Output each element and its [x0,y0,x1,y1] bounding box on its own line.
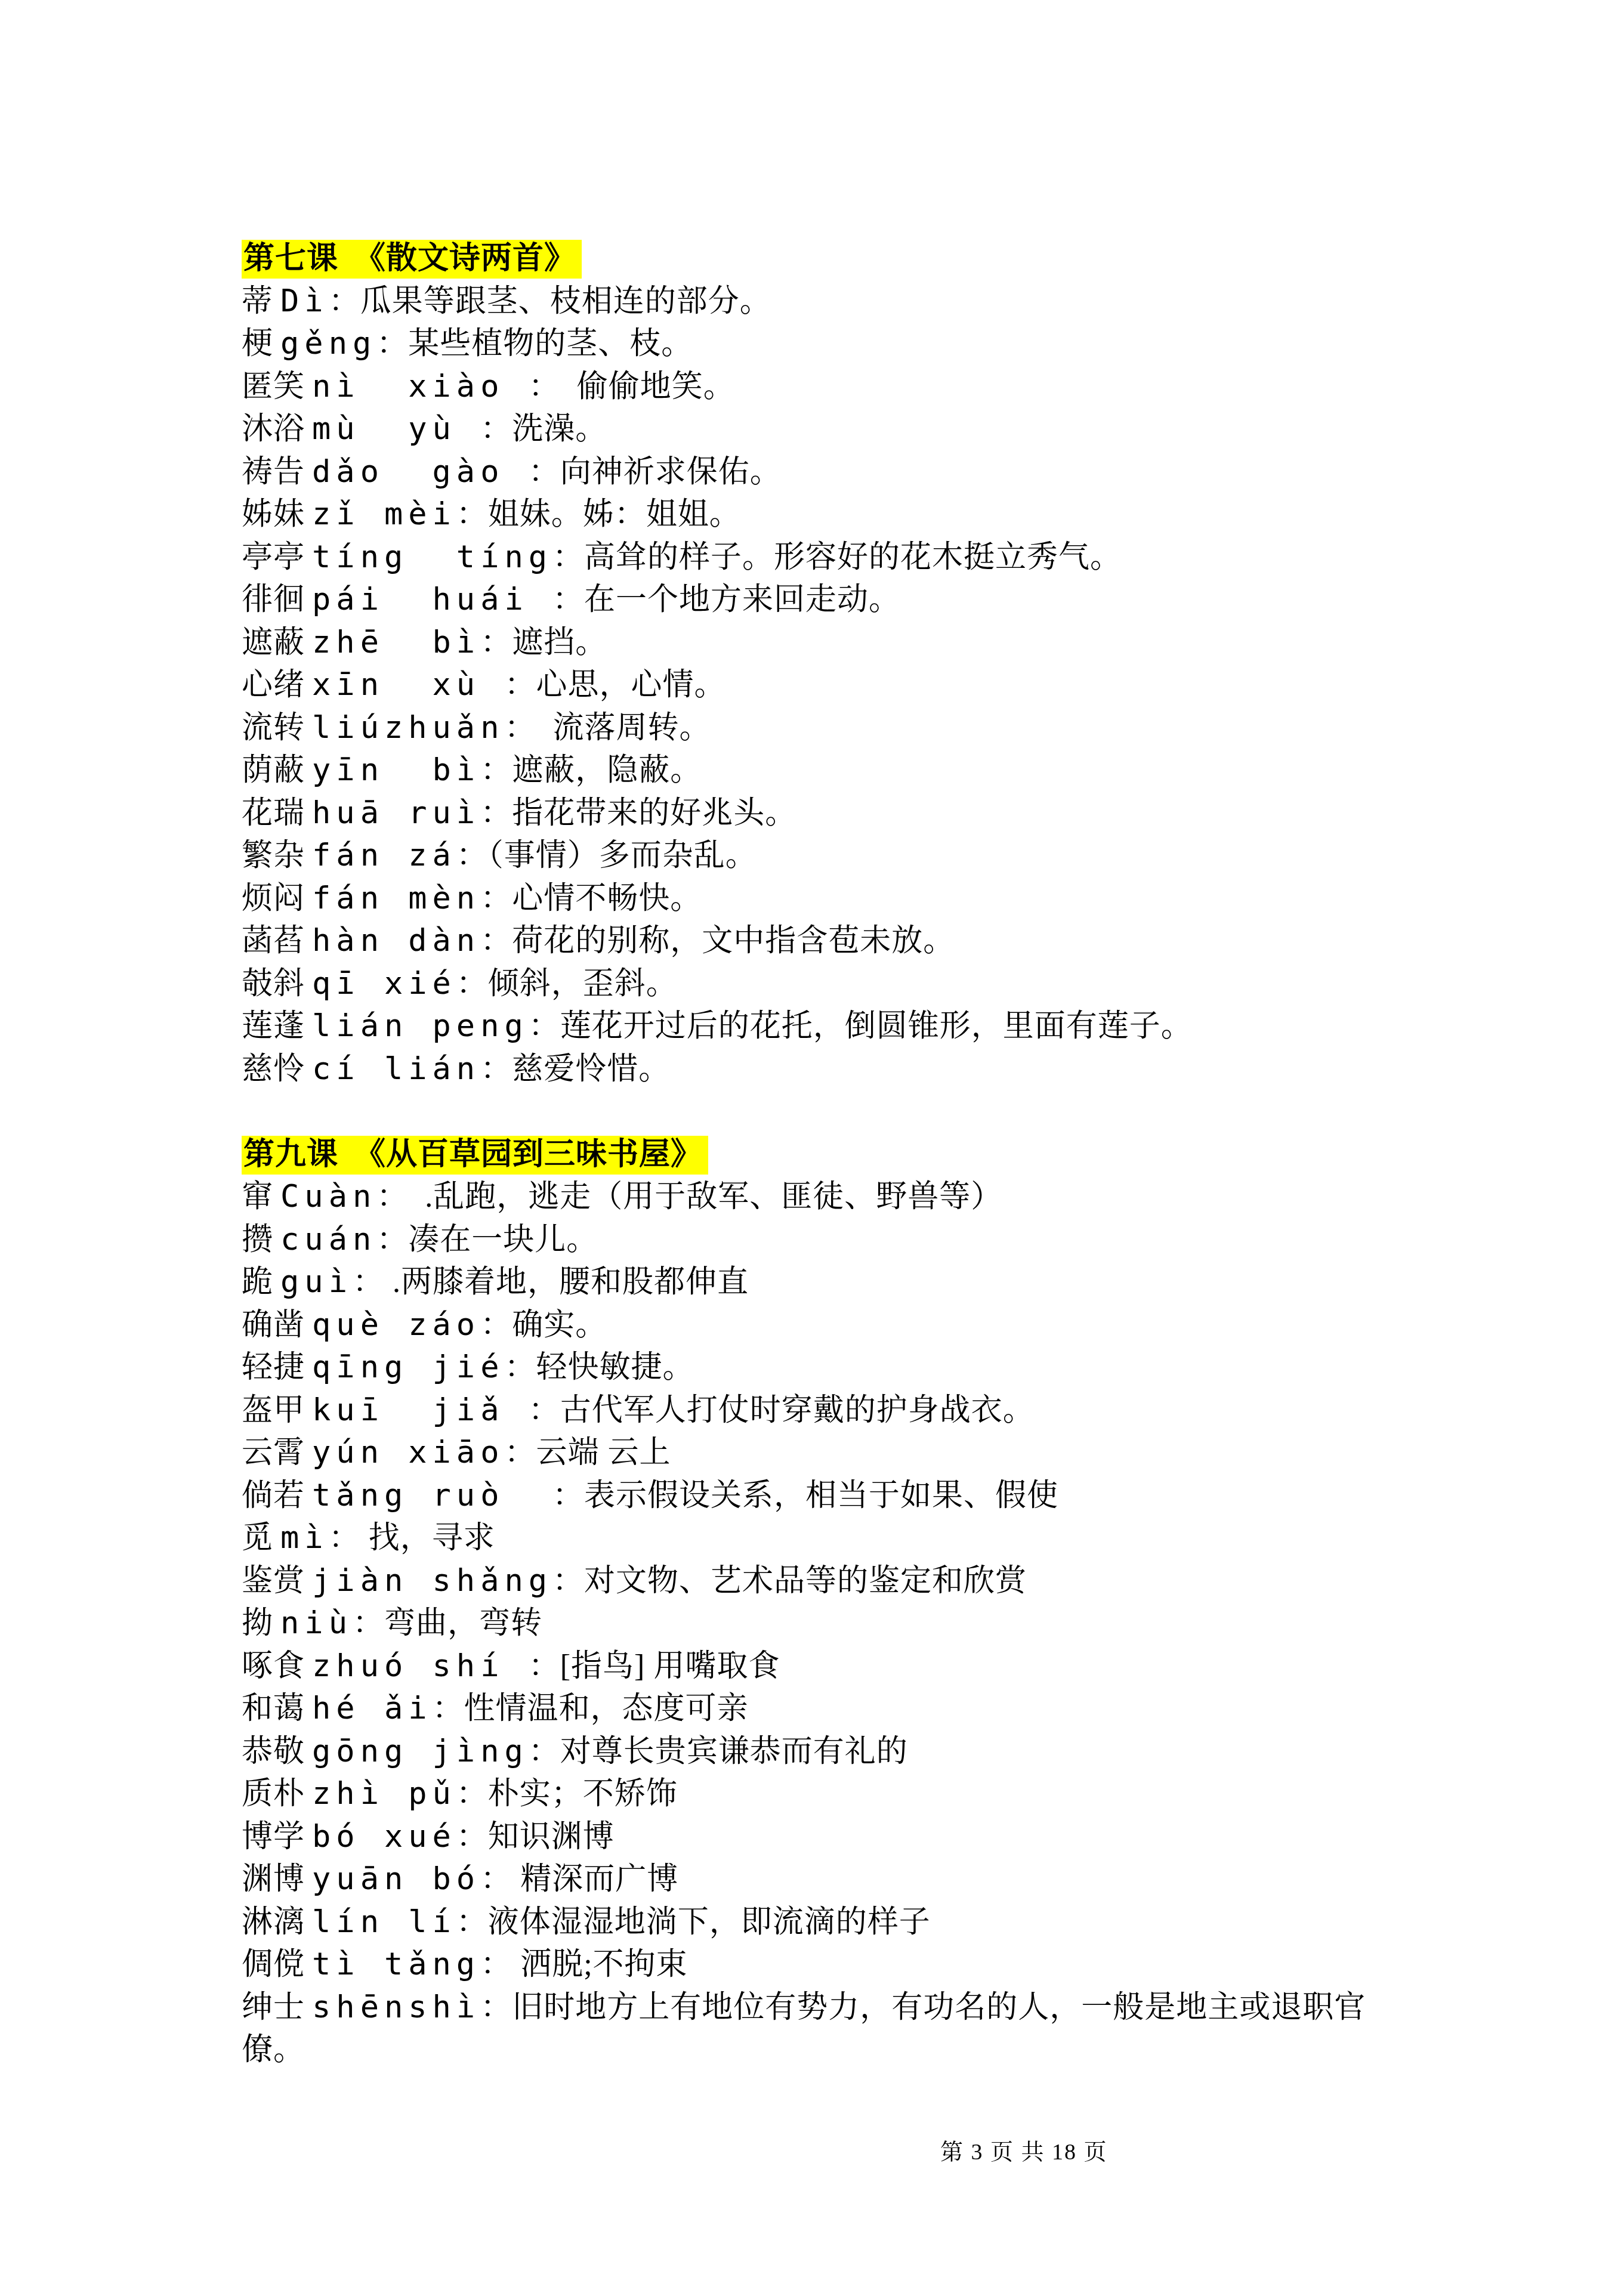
entry-word: 亭亭 [242,540,305,574]
entry-pinyin: yuān bó [312,1861,480,1897]
entry-pinyin: fán zá [312,838,456,873]
entry-definition: ：云端 云上 [504,1436,671,1470]
entry-pinyin: dǎo gào [312,454,529,490]
entry-pinyin: tì tǎng [312,1946,480,1982]
entry-word: 匿笑 [242,370,305,404]
entry-definition: ：莲花开过后的花托，倒圆锥形，里面有莲子。 [529,1009,1193,1043]
entry-line: 梗gěng：某些植物的茎、枝。 [242,323,1393,366]
entry-line: 云霄yún xiāo：云端 云上 [242,1432,1393,1475]
entry-definition: ： 流落周转。 [504,711,711,745]
entry-word: 窜 [242,1180,273,1214]
entry-definition: ：表示假设关系，相当于如果、假使 [552,1479,1058,1513]
document-page: 第七课 《散文诗两首》蒂Dì：瓜果等跟茎、枝相连的部分。梗gěng：某些植物的茎… [0,0,1624,2296]
entry-line: 和蔼hé ǎi：性情温和，态度可亲 [242,1688,1393,1731]
entry-word: 盔甲 [242,1393,305,1427]
entry-definition: ：指花带来的好兆头。 [480,796,796,830]
entry-pinyin: cí lián [312,1051,480,1087]
entry-pinyin: zǐ mèi [312,496,456,532]
entry-word: 花瑞 [242,796,305,830]
entry-definition: ：知识渊博 [456,1820,615,1854]
entry-word: 繁杂 [242,839,305,873]
entry-definition: ：轻快敏捷。 [504,1351,694,1385]
entry-definition: ：倾斜，歪斜。 [456,967,678,1001]
entry-definition: ：心思，心情。 [504,668,725,702]
entry-pinyin: liúzhuǎn [312,710,504,746]
entry-pinyin: tǎng ruò [312,1478,552,1513]
entry-definition: ： 洒脱;不拘束 [480,1948,687,1982]
entry-line: 姊妹zǐ mèi：姐妹。姊：姐姐。 [242,493,1393,536]
entry-line: 流转liúzhuǎn： 流落周转。 [242,707,1393,750]
entry-definition: ： .两膝着地，腰和股都伸直 [353,1265,749,1299]
section-heading-line: 第七课 《散文诗两首》 [242,237,1393,280]
entry-pinyin: huā ruì [312,795,480,831]
entry-line: 质朴zhì pǔ：朴实；不矫饰 [242,1773,1393,1816]
entry-line: 蒂Dì：瓜果等跟茎、枝相连的部分。 [242,280,1393,323]
entry-line: 遮蔽zhē bì：遮挡。 [242,622,1393,665]
entry-line: 轻捷qīng jié：轻快敏捷。 [242,1346,1393,1389]
entry-line: 攲斜qī xié：倾斜，歪斜。 [242,963,1393,1006]
entry-line: 渊博yuān bó： 精深而广博 [242,1858,1393,1901]
entry-line: 淋漓lín lí：液体湿湿地淌下，即流滴的样子 [242,1901,1393,1944]
entry-word: 云霄 [242,1436,305,1470]
entry-word: 流转 [242,711,305,745]
entry-word: 跪 [242,1265,273,1299]
entry-definition: ：姐妹。姊：姐姐。 [456,497,741,531]
entry-pinyin: lín lí [312,1904,456,1940]
entry-pinyin: hàn dàn [312,923,480,959]
entry-line: 跪guì： .两膝着地，腰和股都伸直 [242,1261,1393,1304]
entry-word: 渊博 [242,1862,305,1896]
entry-word: 博学 [242,1820,305,1854]
entry-word: 拗 [242,1606,273,1640]
entry-word: 恭敬 [242,1735,305,1769]
entry-pinyin: mù yù [312,411,480,447]
entry-pinyin: shēnshì [312,1989,480,2025]
entry-pinyin: fán mèn [312,880,480,916]
entry-pinyin: bó xué [312,1819,456,1855]
entry-pinyin: nì xiào [312,369,529,404]
entry-word: 蒂 [242,285,273,319]
page-footer: 第 3 页 共 18 页 [940,2133,1108,2166]
section-heading: 第七课 《散文诗两首》 [242,240,582,279]
entry-line: 菡萏hàn dàn：荷花的别称，文中指含苞未放。 [242,920,1393,963]
entry-pinyin: Cuàn [280,1179,376,1215]
entry-definition: ：液体湿湿地淌下，即流滴的样子 [456,1905,931,1939]
entry-definition: ：弯曲，弯转 [353,1606,542,1640]
section-heading-line: 第九课 《从百草园到三味书屋》 [242,1133,1393,1176]
entry-definition: ：荷花的别称，文中指含苞未放。 [480,924,955,958]
entry-line: 盔甲kuī jiǎ ：古代军人打仗时穿戴的护身战衣。 [242,1389,1393,1432]
entry-pinyin: yīn bì [312,752,480,788]
entry-definition: ：洗澡。 [480,412,607,446]
entry-word: 觅 [242,1521,273,1555]
entry-word: 绅士 [242,1991,305,2025]
entry-line: 倘若tǎng ruò ：表示假设关系，相当于如果、假使 [242,1475,1393,1518]
entry-word: 梗 [242,327,273,361]
entry-pinyin: pái huái [312,582,552,617]
entry-pinyin: cuán [280,1222,376,1257]
entry-pinyin: Dì [280,283,329,319]
entry-word: 烦闷 [242,882,305,916]
entry-definition: ：遮挡。 [480,626,607,660]
entry-definition: ：心情不畅快。 [480,882,702,916]
entry-pinyin: yún xiāo [312,1435,504,1470]
entry-definition: ：遮蔽，隐蔽。 [480,753,702,787]
entry-word: 姊妹 [242,497,305,531]
entry-definition: ：某些植物的茎、枝。 [376,327,693,361]
entry-line: 博学bó xué：知识渊博 [242,1816,1393,1859]
entry-word: 慈怜 [242,1052,305,1086]
entry-definition: ： .乱跑，逃走（用于敌军、匪徒、野兽等） [376,1180,1002,1214]
entry-definition: ：向神祈求保佑。 [529,455,782,489]
entry-word: 遮蔽 [242,626,305,660]
entry-pinyin: kuī jiǎ [312,1392,529,1428]
entry-word: 质朴 [242,1777,305,1811]
entry-line: 恭敬gōng jìng：对尊长贵宾谦恭而有礼的 [242,1731,1393,1773]
entry-word: 徘徊 [242,583,305,617]
entry-line: 拗niù：弯曲，弯转 [242,1602,1393,1645]
entry-pinyin: qīng jié [312,1349,504,1385]
entry-pinyin: gōng jìng [312,1733,529,1769]
entry-line: 莲蓬lián peng：莲花开过后的花托，倒圆锥形，里面有莲子。 [242,1005,1393,1048]
entry-line: 繁杂fán zá：（事情）多而杂乱。 [242,835,1393,877]
entry-word: 攒 [242,1223,273,1257]
entry-definition: ：对文物、艺术品等的鉴定和欣赏 [552,1564,1027,1598]
entry-pinyin: mì [280,1520,329,1556]
document-content: 第七课 《散文诗两首》蒂Dì：瓜果等跟茎、枝相连的部分。梗gěng：某些植物的茎… [242,237,1393,2072]
entry-definition: ：朴实；不矫饰 [456,1777,678,1811]
entry-line: 心绪xīn xù ：心思，心情。 [242,664,1393,707]
entry-pinyin: guì [280,1264,353,1300]
entry-pinyin: zhuó shí [312,1648,529,1684]
entry-word: 祷告 [242,455,305,489]
entry-pinyin: què záo [312,1307,480,1343]
section-heading: 第九课 《从百草园到三味书屋》 [242,1136,708,1175]
entry-word: 荫蔽 [242,753,305,787]
entry-word: 菡萏 [242,924,305,958]
entry-pinyin: qī xié [312,966,456,1002]
entry-definition: ：确实。 [480,1308,607,1342]
entry-word: 倘若 [242,1479,305,1513]
section-spacer [242,1090,1393,1133]
entry-word: 沐浴 [242,412,305,446]
entry-pinyin: lián peng [312,1008,529,1044]
entry-definition: ：瓜果等跟茎、枝相连的部分。 [329,285,771,319]
entry-line: 攒cuán：凑在一块儿。 [242,1219,1393,1262]
entry-word: 确凿 [242,1308,305,1342]
entry-word: 莲蓬 [242,1009,305,1043]
entry-word: 心绪 [242,668,305,702]
entry-definition: ：慈爱怜惜。 [480,1052,670,1086]
entry-word: 和蔼 [242,1692,305,1726]
entry-definition: ：在一个地方来回走动。 [552,583,900,617]
entry-definition: ：性情温和，态度可亲 [433,1692,749,1726]
entry-definition: ： 找，寻求 [329,1521,495,1555]
entry-word: 鉴赏 [242,1564,305,1598]
entry-definition: ：[指鸟] 用嘴取食 [529,1649,780,1683]
entry-line: 徘徊pái huái ：在一个地方来回走动。 [242,579,1393,622]
entry-line: 沐浴mù yù ：洗澡。 [242,408,1393,451]
entry-word: 倜傥 [242,1948,305,1982]
entry-line: 觅mì： 找，寻求 [242,1517,1393,1560]
entry-definition: ：对尊长贵宾谦恭而有礼的 [529,1735,908,1769]
entry-line: 倜傥tì tǎng： 洒脱;不拘束 [242,1943,1393,1986]
entry-line: 亭亭tíng tíng：高耸的样子。形容好的花木挺立秀气。 [242,536,1393,579]
entry-line: 鉴赏jiàn shǎng：对文物、艺术品等的鉴定和欣赏 [242,1560,1393,1603]
entry-line: 烦闷fán mèn：心情不畅快。 [242,877,1393,920]
entry-line: 花瑞huā ruì：指花带来的好兆头。 [242,792,1393,835]
entry-definition: ： 精深而广博 [480,1862,678,1896]
entry-pinyin: zhì pǔ [312,1776,456,1812]
entry-definition: ：高耸的样子。形容好的花木挺立秀气。 [552,540,1122,574]
entry-definition: ：凑在一块儿。 [376,1223,598,1257]
entry-line: 匿笑nì xiào ： 偷偷地笑。 [242,366,1393,409]
entry-line: 窜Cuàn： .乱跑，逃走（用于敌军、匪徒、野兽等） [242,1176,1393,1219]
entry-line: 确凿què záo：确实。 [242,1304,1393,1347]
entry-pinyin: zhē bì [312,625,480,660]
entry-word: 啄食 [242,1649,305,1683]
entry-pinyin: hé ǎi [312,1691,433,1726]
entry-line: 啄食zhuó shí ：[指鸟] 用嘴取食 [242,1645,1393,1688]
entry-word: 淋漓 [242,1905,305,1939]
entry-pinyin: xīn xù [312,667,504,703]
entry-line: 绅士shēnshì：旧时地方上有地位有势力，有功名的人，一般是地主或退职官僚。 [242,1986,1393,2072]
entry-definition: ：古代军人打仗时穿戴的护身战衣。 [529,1393,1035,1427]
entry-line: 祷告dǎo gào ：向神祈求保佑。 [242,451,1393,494]
entry-pinyin: gěng [280,326,376,361]
entry-definition: ： 偷偷地笑。 [529,370,735,404]
entry-word: 轻捷 [242,1351,305,1385]
entry-pinyin: niù [280,1605,353,1641]
entry-line: 荫蔽yīn bì：遮蔽，隐蔽。 [242,749,1393,792]
entry-line: 慈怜cí lián：慈爱怜惜。 [242,1048,1393,1091]
entry-word: 攲斜 [242,967,305,1001]
entry-pinyin: jiàn shǎng [312,1563,552,1599]
entry-definition: ：（事情）多而杂乱。 [456,839,757,873]
entry-pinyin: tíng tíng [312,539,552,575]
